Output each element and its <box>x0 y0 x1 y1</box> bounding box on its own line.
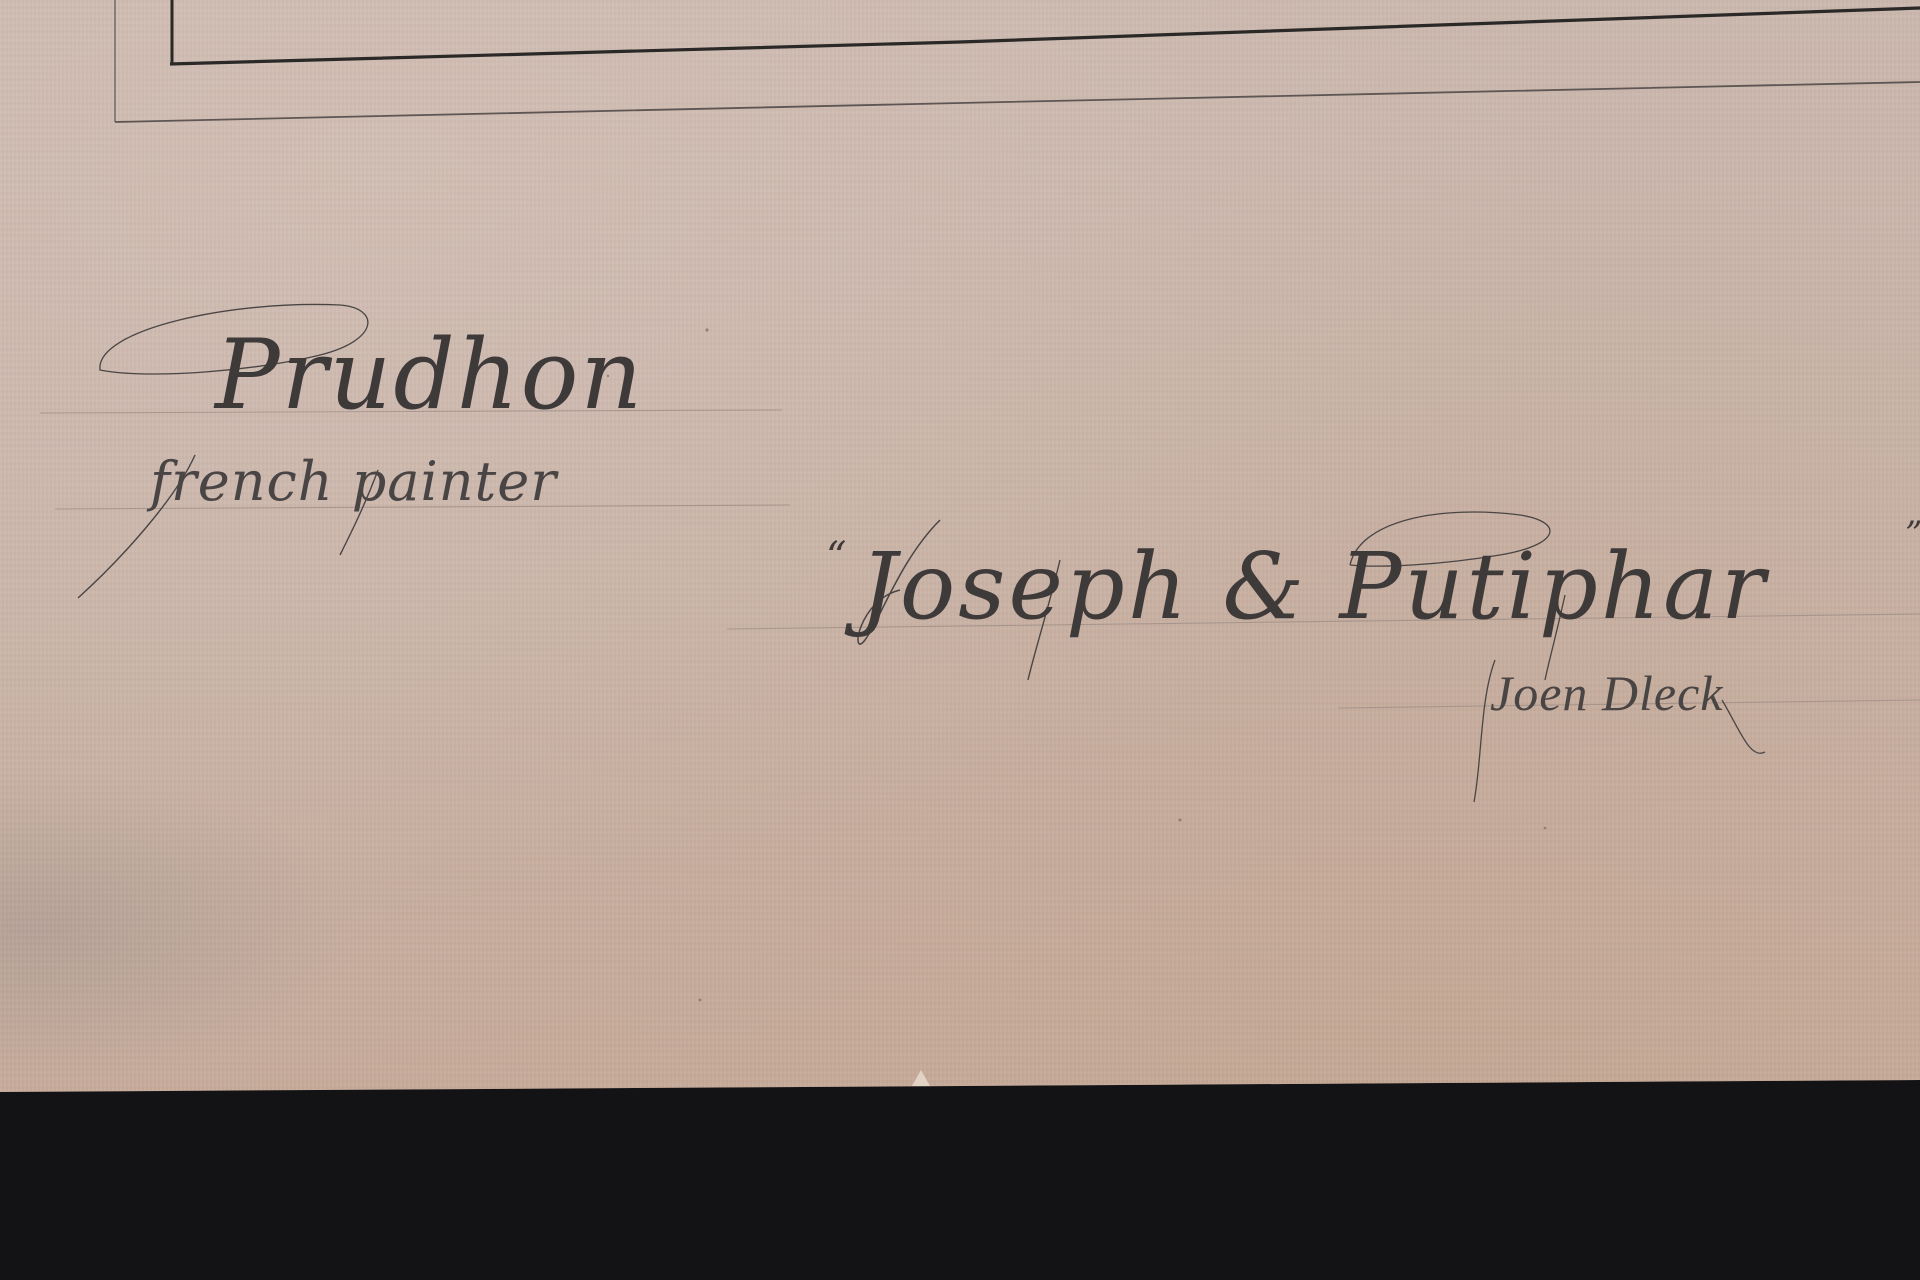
title-open-quote: “ <box>826 534 846 580</box>
inner-frame-bottom-line <box>170 8 1920 64</box>
title-close-quote: ” <box>1905 514 1920 554</box>
outer-frame-bottom-line <box>115 82 1920 122</box>
artist-name-text: Prudhon <box>213 319 644 431</box>
engraver-signature-text: Joen Dleck <box>1490 665 1723 721</box>
artwork-title-text: Joseph & Putiphar <box>844 533 1770 640</box>
paper-specks <box>607 328 1546 1001</box>
frame-lines <box>115 0 1920 122</box>
artist-description-text: french painter <box>146 450 559 513</box>
signature-k-tail-icon <box>1722 700 1765 753</box>
inscription-layer: Prudhon french painter “ Joseph & Putiph… <box>0 0 1920 1280</box>
photo-stage: Prudhon french painter “ Joseph & Putiph… <box>0 0 1920 1280</box>
